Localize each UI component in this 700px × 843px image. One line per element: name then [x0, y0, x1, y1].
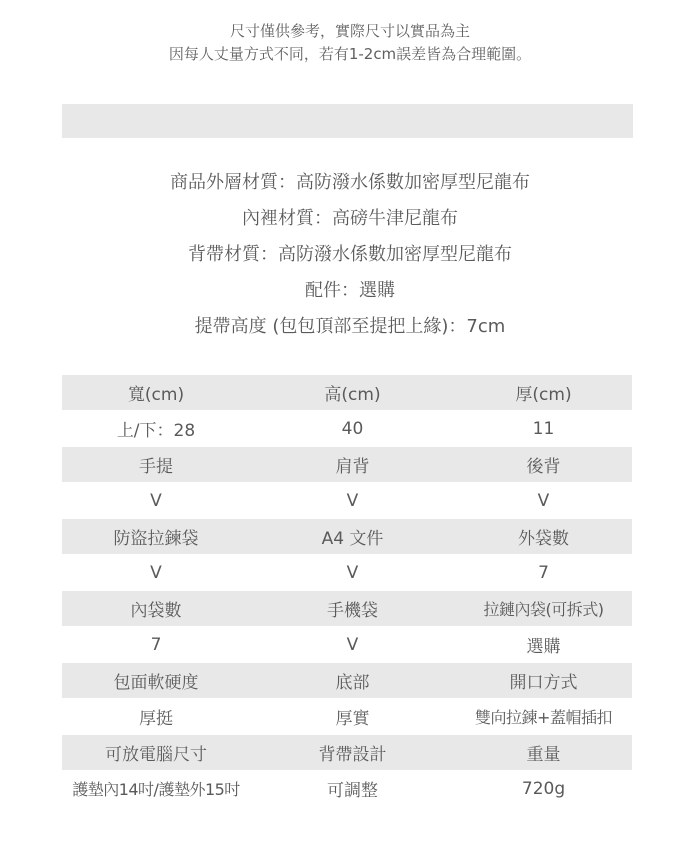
table-cell: 厚實 [250, 698, 455, 735]
table-cell: 防盜拉鍊袋 [62, 519, 250, 554]
table-row-pockets-label: 防盜拉鍊袋 A4 文件 外袋數 [62, 519, 632, 554]
outer-material: 商品外層材質：高防潑水係數加密厚型尼龍布 [0, 165, 700, 201]
table-cell: 寬(cm) [62, 375, 250, 410]
lining-material: 內裡材質：高磅牛津尼龍布 [0, 201, 700, 237]
table-cell: 40 [250, 410, 455, 447]
table-cell: 背帶設計 [250, 735, 455, 770]
table-cell: 可放電腦尺寸 [62, 735, 250, 770]
table-cell: 可調整 [250, 770, 455, 807]
table-cell: 拉鏈內袋(可拆式) [455, 591, 632, 626]
table-cell: 底部 [250, 663, 455, 698]
disclaimer-line-1: 尺寸僅供參考，實際尺寸以實品為主 [0, 20, 700, 43]
table-cell: 手提 [62, 447, 250, 482]
table-cell: 開口方式 [455, 663, 632, 698]
table-cell: 720g [455, 770, 632, 807]
table-cell: 雙向拉鍊+蓋帽插扣 [455, 698, 632, 735]
spec-table: 寬(cm) 高(cm) 厚(cm) 上/下：28 40 11 手提 肩背 後背 … [62, 375, 632, 807]
table-row-structure-value: 厚挺 厚實 雙向拉鍊+蓋帽插扣 [62, 698, 632, 735]
table-cell: 重量 [455, 735, 632, 770]
table-cell: 肩背 [250, 447, 455, 482]
table-row-carry-label: 手提 肩背 後背 [62, 447, 632, 482]
table-row-inner-value: 7 V 選購 [62, 626, 632, 663]
table-cell: 厚(cm) [455, 375, 632, 410]
table-row-pockets-value: V V 7 [62, 554, 632, 591]
section-divider-bar [62, 104, 633, 138]
accessories: 配件：選購 [0, 273, 700, 309]
table-cell: 7 [455, 554, 632, 591]
table-cell: 選購 [455, 626, 632, 663]
table-cell: 內袋數 [62, 591, 250, 626]
table-cell: 7 [62, 626, 250, 663]
table-cell: V [455, 482, 632, 519]
table-cell: 高(cm) [250, 375, 455, 410]
table-cell: 護墊內14吋/護墊外15吋 [62, 770, 250, 807]
table-cell: 11 [455, 410, 632, 447]
table-row-structure-label: 包面軟硬度 底部 開口方式 [62, 663, 632, 698]
table-row-misc-value: 護墊內14吋/護墊外15吋 可調整 720g [62, 770, 632, 807]
table-cell: V [250, 626, 455, 663]
table-row-inner-label: 內袋數 手機袋 拉鏈內袋(可拆式) [62, 591, 632, 626]
material-specs: 商品外層材質：高防潑水係數加密厚型尼龍布 內裡材質：高磅牛津尼龍布 背帶材質：高… [0, 165, 700, 345]
table-row-dimensions-label: 寬(cm) 高(cm) 厚(cm) [62, 375, 632, 410]
table-row-dimensions-value: 上/下：28 40 11 [62, 410, 632, 447]
table-row-misc-label: 可放電腦尺寸 背帶設計 重量 [62, 735, 632, 770]
table-cell: V [250, 482, 455, 519]
strap-material: 背帶材質：高防潑水係數加密厚型尼龍布 [0, 237, 700, 273]
table-row-carry-value: V V V [62, 482, 632, 519]
table-cell: V [250, 554, 455, 591]
table-cell: 厚挺 [62, 698, 250, 735]
table-cell: 上/下：28 [62, 410, 250, 447]
handle-height: 提帶高度 (包包頂部至提把上緣)：7cm [0, 309, 700, 345]
table-cell: 後背 [455, 447, 632, 482]
size-disclaimer: 尺寸僅供參考，實際尺寸以實品為主 因每人丈量方式不同，若有1-2cm誤差皆為合理… [0, 20, 700, 66]
disclaimer-line-2: 因每人丈量方式不同，若有1-2cm誤差皆為合理範圍。 [0, 43, 700, 66]
table-cell: V [62, 482, 250, 519]
table-cell: 包面軟硬度 [62, 663, 250, 698]
table-cell: 手機袋 [250, 591, 455, 626]
table-cell: A4 文件 [250, 519, 455, 554]
table-cell: 外袋數 [455, 519, 632, 554]
table-cell: V [62, 554, 250, 591]
